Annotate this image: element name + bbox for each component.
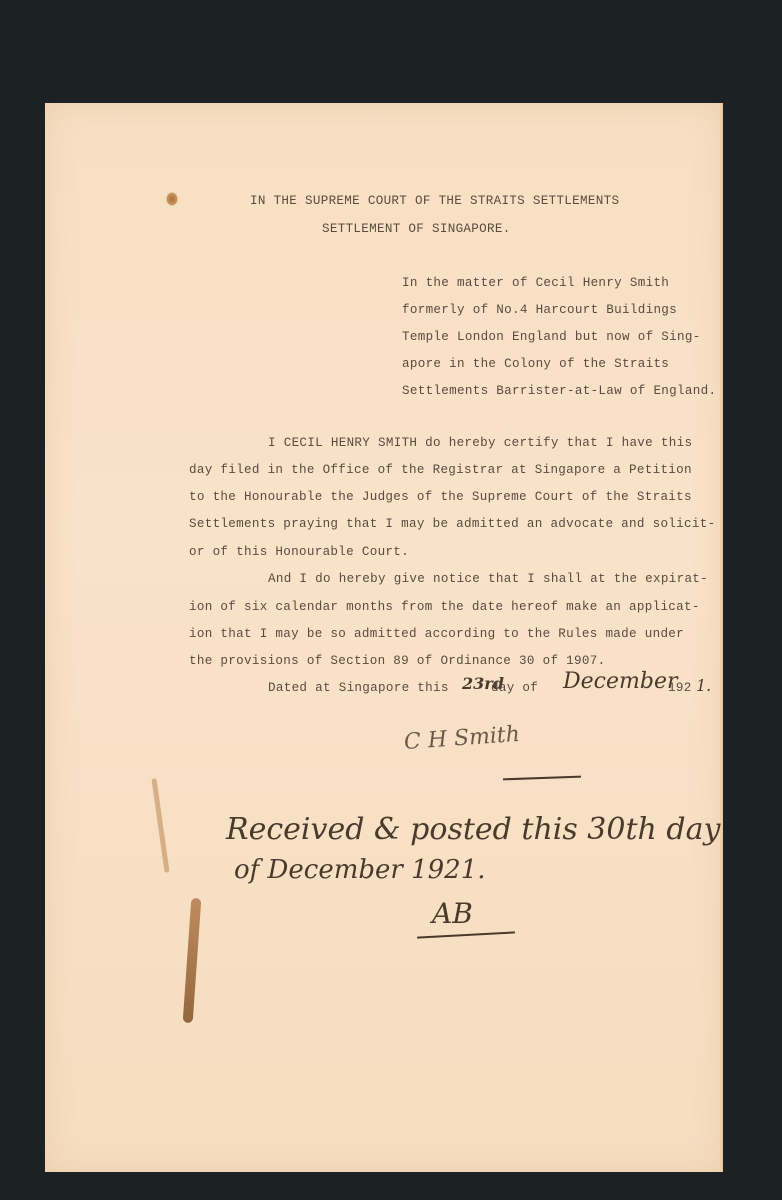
matter-line-5: Settlements Barrister-at-Law of England. (402, 385, 716, 398)
endorsement-initials: AB (432, 900, 473, 928)
dated-month-handwritten: December (563, 671, 677, 693)
certificate-line-2: day filed in the Office of the Registrar… (189, 464, 692, 477)
dated-middle: day of (491, 682, 538, 695)
stain-streak-upper (151, 778, 169, 873)
stain-spot (166, 192, 178, 206)
court-heading-line2: SETTLEMENT OF SINGAPORE. (322, 223, 511, 236)
certificate-line-1: I CECIL HENRY SMITH do hereby certify th… (268, 437, 692, 450)
notice-line-1: And I do hereby give notice that I shall… (268, 573, 708, 586)
certificate-line-3: to the Honourable the Judges of the Supr… (189, 491, 692, 504)
notice-line-2: ion of six calendar months from the date… (189, 601, 700, 614)
endorsement-line1: Received & posted this 30th day (226, 815, 720, 845)
endorsement-line2: of December 1921. (234, 857, 486, 883)
court-heading-line1: IN THE SUPREME COURT OF THE STRAITS SETT… (250, 195, 619, 208)
matter-line-3: Temple London England but now of Sing- (402, 331, 701, 344)
dated-year-prefix: 192 (668, 682, 692, 695)
certificate-line-5: or of this Honourable Court. (189, 546, 409, 559)
matter-line-1: In the matter of Cecil Henry Smith (402, 277, 669, 290)
notice-line-4: the provisions of Section 89 of Ordinanc… (189, 655, 605, 668)
certificate-line-4: Settlements praying that I may be admitt… (189, 518, 715, 531)
stain-streak-lower (183, 898, 202, 1023)
matter-line-4: apore in the Colony of the Straits (402, 358, 669, 371)
dated-year-handwritten: 1. (696, 678, 711, 694)
dated-prefix: Dated at Singapore this (268, 682, 449, 695)
matter-line-2: formerly of No.4 Harcourt Buildings (402, 304, 677, 317)
notice-line-3: ion that I may be so admitted according … (189, 628, 684, 641)
